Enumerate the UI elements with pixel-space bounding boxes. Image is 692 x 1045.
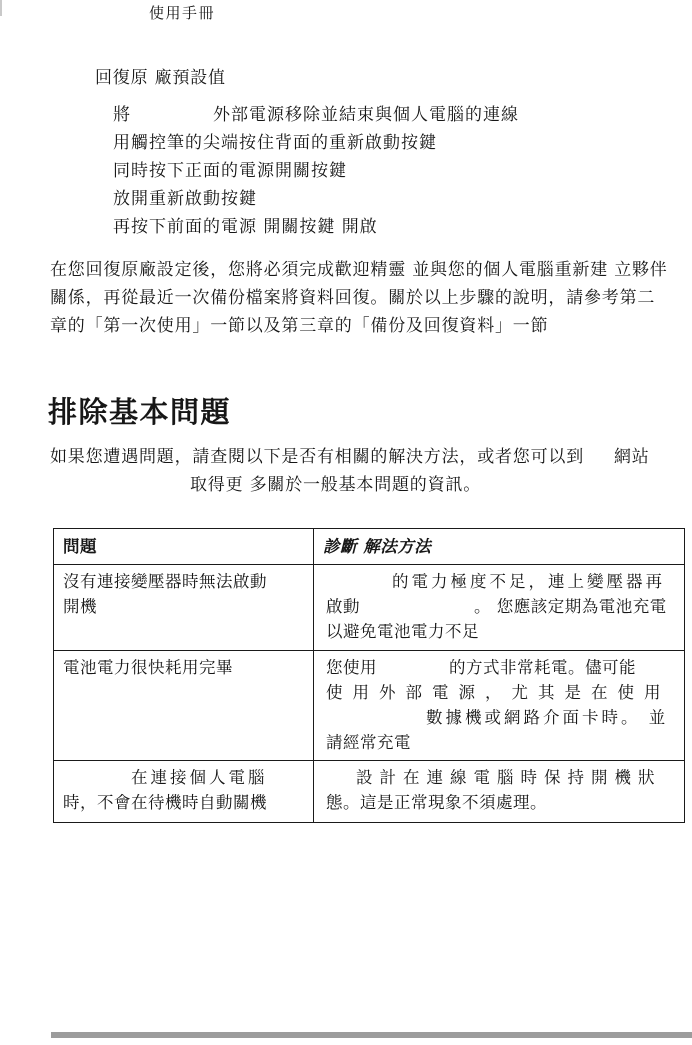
text-segment: 在您回復原廠設定後，您將必須完成歡迎精靈 並與您的個人電腦重新建 立夥伴 [50, 260, 668, 280]
text-segment: 時，不會在待機時自動關機 [63, 793, 267, 812]
redacted-blank [326, 722, 426, 723]
text-line: 電池電力很快耗用完畢 [63, 655, 307, 680]
text-line: 同時按下正面的電源開關按鍵 [113, 157, 519, 185]
restore-steps-list: 將外部電源移除並結束與個人電腦的連線用觸控筆的尖端按住背面的重新啟動按鍵同時按下… [113, 101, 519, 241]
text-line: 在連接個人電腦 [63, 765, 307, 790]
text-segment: 電池電力很快耗用完畢 [63, 658, 233, 677]
text-line: 的電力極度不足，連上變壓器再 [326, 569, 678, 594]
text-segment: 的電力極度不足，連上變壓器再 [392, 572, 665, 591]
redacted-blank [326, 586, 392, 587]
table-row: 電池電力很快耗用完畢您使用的方式非常耗電。儘可能使用外部電源，尤其是在使用數據機… [54, 651, 685, 761]
text-segment: 您使用 [326, 658, 377, 677]
text-line: 沒有連接變壓器時無法啟動 [63, 569, 307, 594]
redacted-blank [584, 461, 614, 462]
problem-cell: 沒有連接變壓器時無法啟動開機 [54, 565, 314, 651]
text-line: 請經常充電 [326, 730, 678, 755]
text-segment: 設計在連線電腦時保持開機狀 [356, 768, 662, 787]
text-segment: 外部電源移除並結束與個人電腦的連線 [213, 105, 519, 125]
solution-cell: 的電力極度不足，連上變壓器再啟動。 您應該定期為電池充電以避免電池電力不足 [314, 565, 685, 651]
redacted-blank [377, 672, 449, 673]
text-line: 取得更 多關於一般基本問題的資訊。 [190, 471, 650, 499]
text-segment: 關係，再從最近一次備份檔案將資料回復。關於以上步驟的說明，請參考第二 [50, 288, 655, 308]
text-line: 啟動。 您應該定期為電池充電 [326, 594, 678, 619]
text-segment: 同時按下正面的電源開關按鍵 [113, 161, 347, 181]
table-body: 沒有連接變壓器時無法啟動開機的電力極度不足，連上變壓器再啟動。 您應該定期為電池… [54, 565, 685, 823]
text-line: 將外部電源移除並結束與個人電腦的連線 [113, 101, 519, 129]
text-line: 使用外部電源，尤其是在使用 [326, 680, 678, 705]
restore-note-paragraph: 在您回復原廠設定後，您將必須完成歡迎精靈 並與您的個人電腦重新建 立夥伴關係，再… [50, 256, 668, 340]
text-segment: 放開重新啟動按鍵 [113, 189, 257, 209]
text-segment: 在連接個人電腦 [131, 768, 268, 787]
text-line: 用觸控筆的尖端按住背面的重新啟動按鍵 [113, 129, 519, 157]
table-row: 沒有連接變壓器時無法啟動開機的電力極度不足，連上變壓器再啟動。 您應該定期為電池… [54, 565, 685, 651]
redacted-blank [63, 782, 131, 783]
troubleshooting-table: 問題 診斷 解法方法 沒有連接變壓器時無法啟動開機的電力極度不足，連上變壓器再啟… [53, 528, 685, 823]
text-segment: 態。這是正常現象不須處理。 [326, 793, 547, 812]
redacted-blank [360, 611, 474, 612]
text-line: 數據機或網路介面卡時。 並 [326, 705, 678, 730]
troubleshooting-intro-paragraph: 如果您遭遇問題，請查閱以下是否有相關的解決方法，或者您可以到網站取得更 多關於一… [50, 443, 650, 499]
text-line: 您使用的方式非常耗電。儘可能 [326, 655, 678, 680]
text-line: 放開重新啟動按鍵 [113, 185, 519, 213]
table-header-row: 問題 診斷 解法方法 [54, 529, 685, 565]
text-segment: 沒有連接變壓器時無法啟動 [63, 572, 267, 591]
text-segment: 取得更 多關於一般基本問題的資訊。 [190, 475, 481, 495]
text-segment: 的方式非常耗電。儘可能 [449, 658, 636, 677]
table-header-problem: 問題 [54, 529, 314, 565]
redacted-blank [131, 119, 213, 120]
solution-cell: 您使用的方式非常耗電。儘可能使用外部電源，尤其是在使用數據機或網路介面卡時。 並… [314, 651, 685, 761]
restore-section-title: 回復原 廠預設值 [95, 63, 226, 88]
text-line: 如果您遭遇問題，請查閱以下是否有相關的解決方法，或者您可以到網站 [50, 443, 650, 471]
text-segment: 如果您遭遇問題，請查閱以下是否有相關的解決方法，或者您可以到 [50, 447, 584, 467]
text-segment: 。 您應該定期為電池充電 [474, 597, 667, 616]
text-segment: 再按下前面的電源 開關按鍵 開啟 [113, 217, 378, 237]
text-line: 章的「第一次使用」一節以及第三章的「備份及回復資料」一節 [50, 312, 668, 340]
table-row: 在連接個人電腦時，不會在待機時自動關機設計在連線電腦時保持開機狀態。這是正常現象… [54, 761, 685, 823]
text-segment: 數據機或網路介面卡時。 並 [426, 708, 668, 727]
footer-rule [51, 1032, 692, 1038]
text-segment: 開機 [63, 597, 97, 616]
text-segment: 以避免電池電力不足 [326, 622, 479, 641]
text-segment: 用觸控筆的尖端按住背面的重新啟動按鍵 [113, 133, 437, 153]
page-edge-mark [0, 0, 2, 16]
text-segment: 請經常充電 [326, 733, 411, 752]
text-line: 以避免電池電力不足 [326, 619, 678, 644]
text-segment: 章的「第一次使用」一節以及第三章的「備份及回復資料」一節 [50, 316, 548, 336]
text-line: 設計在連線電腦時保持開機狀 [326, 765, 678, 790]
text-segment: 使用外部電源，尤其是在使用 [326, 683, 671, 702]
text-line: 在您回復原廠設定後，您將必須完成歡迎精靈 並與您的個人電腦重新建 立夥伴 [50, 256, 668, 284]
text-segment: 網站 [614, 447, 650, 467]
solution-cell: 設計在連線電腦時保持開機狀態。這是正常現象不須處理。 [314, 761, 685, 823]
problem-cell: 在連接個人電腦時，不會在待機時自動關機 [54, 761, 314, 823]
text-line: 開機 [63, 594, 307, 619]
page-header-title: 使用手冊 [149, 2, 215, 23]
manual-page: 使用手冊 回復原 廠預設值 將外部電源移除並結束與個人電腦的連線用觸控筆的尖端按… [0, 0, 692, 1045]
text-line: 關係，再從最近一次備份檔案將資料回復。關於以上步驟的說明，請參考第二 [50, 284, 668, 312]
text-line: 態。這是正常現象不須處理。 [326, 790, 678, 815]
table-header-diagnosis: 診斷 解法方法 [314, 529, 685, 565]
troubleshooting-heading: 排除基本問題 [48, 390, 231, 431]
redacted-blank [326, 782, 356, 783]
text-segment: 啟動 [326, 597, 360, 616]
text-line: 再按下前面的電源 開關按鍵 開啟 [113, 213, 519, 241]
text-line: 時，不會在待機時自動關機 [63, 790, 307, 815]
problem-cell: 電池電力很快耗用完畢 [54, 651, 314, 761]
text-segment: 將 [113, 105, 131, 125]
